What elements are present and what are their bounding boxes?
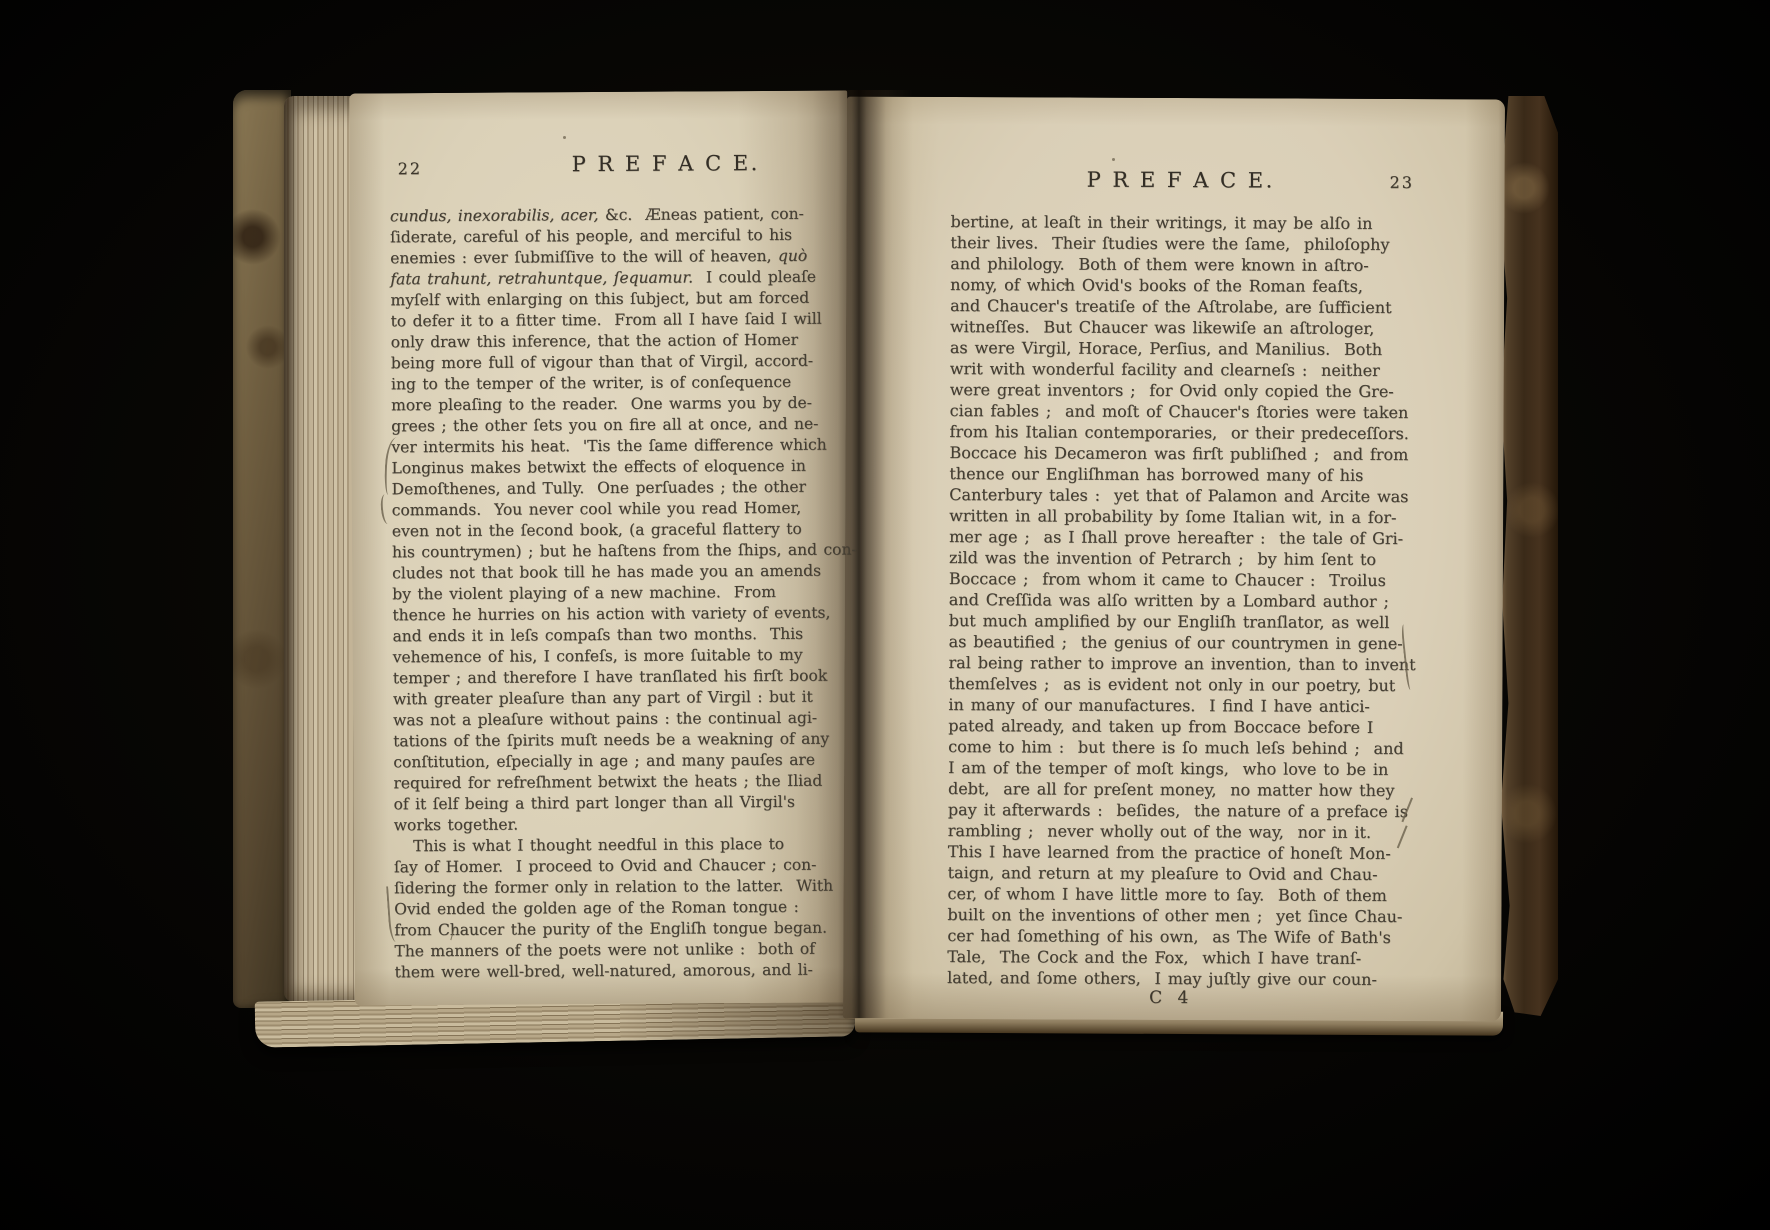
right-cover-board — [1496, 96, 1558, 1016]
italic-text-segment: cundus, inexorabilis, acer, — [390, 206, 599, 225]
text-line: Longinus makes betwixt the effects of el… — [391, 455, 856, 479]
text-segment: required for refreſhment betwixt the hea… — [393, 772, 822, 793]
text-line: ver intermits his heat. 'Tis the ſame di… — [391, 434, 856, 458]
text-segment: to defer it to a fitter time. From all I… — [391, 310, 822, 331]
text-segment: built on the inventions of other men ; y… — [947, 905, 1402, 926]
text-segment: pated already, and taken up from Boccace… — [948, 716, 1373, 737]
text-segment: taign, and return at my pleaſure to Ovid… — [948, 863, 1378, 884]
text-line: enemies : ever ſubmiſſive to the will of… — [390, 245, 855, 269]
text-line: being more full of vigour than that of V… — [391, 350, 856, 374]
text-segment: written in all probability by ſome Itali… — [949, 506, 1396, 527]
text-line: to defer it to a fitter time. From all I… — [391, 308, 856, 332]
text-line: vehemence of his, I confeſs, is more ſui… — [393, 644, 858, 668]
text-segment: myſelf with enlarging on this ſubject, b… — [390, 289, 809, 310]
text-segment: conſtitution, eſpecially in age ; and ma… — [393, 751, 815, 772]
text-segment: debt, are all for preſent money, no matt… — [948, 779, 1395, 800]
text-line: and philology. Both of them were known i… — [950, 253, 1417, 276]
text-segment: being more full of vigour than that of V… — [391, 352, 813, 373]
text-segment: &c. Æneas patient, con- — [598, 205, 803, 224]
text-segment: ſiderate, careful of his people, and mer… — [390, 226, 792, 246]
text-segment: grees ; the other ſets you on fire all a… — [391, 415, 818, 436]
text-line: from Chaucer the purity of the Engliſh t… — [394, 917, 859, 941]
text-line: written in all probability by ſome Itali… — [949, 505, 1416, 528]
text-segment: as beautified ; the genius of our countr… — [949, 632, 1403, 653]
text-segment: The manners of the poets were not unlike… — [394, 940, 815, 961]
text-segment: ver intermits his heat. 'Tis the ſame di… — [391, 436, 826, 457]
text-line: cer had ſomething of his own, as The Wif… — [947, 925, 1414, 948]
text-segment: ſidering the former only in relation to … — [394, 877, 833, 898]
text-segment: witneſſes. But Chaucer was likewiſe an a… — [950, 317, 1374, 338]
text-segment: tations of the ſpirits muſt needs be a w… — [393, 730, 829, 751]
paper-speck — [563, 136, 566, 139]
text-segment: Longinus makes betwixt the effects of el… — [391, 457, 805, 478]
text-segment: temper ; and therefore I have tranſlated… — [393, 667, 828, 688]
text-line: thence our Engliſhman has borrowed many … — [949, 463, 1416, 486]
text-segment: zild was the invention of Petrarch ; by … — [949, 548, 1376, 569]
text-line: and Creſſida was alſo written by a Lomba… — [949, 589, 1416, 612]
text-segment: Demoſthenes, and Tully. One perſuades ; … — [392, 478, 806, 499]
text-line: and Chaucer's treatiſe of the Aſtrolabe,… — [950, 295, 1417, 318]
text-segment: Canterbury tales : yet that of Palamon a… — [949, 485, 1408, 506]
paper-speck — [1112, 158, 1115, 161]
text-line: works together. — [394, 812, 859, 836]
text-line: were great inventors ; for Ovid only cop… — [950, 379, 1417, 402]
text-line: pated already, and taken up from Boccace… — [948, 715, 1415, 738]
text-segment: in many of our manufactures. I find I ha… — [948, 695, 1370, 716]
text-segment: This I have learned from the practice of… — [948, 842, 1391, 863]
text-segment: from his Italian contemporaries, or thei… — [950, 422, 1409, 443]
italic-text-segment: fata trahunt, retrahuntque, ſequamur. — [390, 268, 693, 288]
text-segment: them were well-bred, well-natured, amoro… — [395, 961, 813, 982]
text-line: This I have learned from the practice of… — [948, 841, 1415, 864]
text-segment: bertine, at leaſt in their writings, it … — [950, 212, 1372, 233]
text-line: as beautified ; the genius of our countr… — [949, 631, 1416, 654]
text-segment: of it ſelf being a third part longer tha… — [394, 793, 795, 813]
text-segment: Tale, The Cock and the Fox, which I have… — [947, 947, 1361, 968]
text-segment: Boccace his Decameron was firſt publiſhe… — [949, 443, 1408, 464]
text-segment: and ends it in leſs compaſs than two mon… — [392, 625, 803, 646]
right-page-text-block: P R E F A C E. 23 bertine, at leaſt in t… — [843, 97, 1505, 1022]
text-segment: only draw this inference, that the actio… — [391, 331, 798, 351]
text-segment: by the violent playing of a new machine.… — [392, 583, 776, 603]
text-segment: come to him : but there is ſo much leſs … — [948, 737, 1404, 758]
right-page-body-text: bertine, at leaſt in their writings, it … — [947, 211, 1417, 990]
text-line: Boccace his Decameron was firſt publiſhe… — [949, 442, 1416, 465]
text-line: taign, and return at my pleaſure to Ovid… — [948, 862, 1415, 885]
text-line: Tale, The Cock and the Fox, which I have… — [947, 946, 1414, 969]
left-page-text-block: 22 P R E F A C E. cundus, inexorabilis, … — [349, 90, 853, 1005]
left-page-body-text: cundus, inexorabilis, acer, &c. Æneas pa… — [390, 203, 859, 983]
text-line: I am of the temper of moſt kings, who lo… — [948, 757, 1415, 780]
text-segment: more pleaſing to the reader. One warms y… — [391, 394, 812, 415]
text-line: commands. You never cool while you read … — [392, 497, 857, 521]
text-line: built on the inventions of other men ; y… — [947, 904, 1414, 927]
text-line: This is what I thought needful in this p… — [394, 833, 859, 857]
text-segment: lated, and ſome others, I may juſtly giv… — [947, 968, 1377, 989]
text-segment: and Creſſida was alſo written by a Lomba… — [949, 590, 1389, 611]
text-line: from his Italian contemporaries, or thei… — [950, 421, 1417, 444]
text-line: his countrymen) ; but he haſtens from th… — [392, 539, 857, 563]
text-line: ſidering the former only in relation to … — [394, 875, 859, 899]
text-line: witneſſes. But Chaucer was likewiſe an a… — [950, 316, 1417, 339]
text-line: with greater pleaſure than any part of V… — [393, 686, 858, 710]
text-line: cludes not that book till he has made yo… — [392, 560, 857, 584]
text-line: nomy, of which Ovid's books of the Roman… — [950, 274, 1417, 297]
text-segment: This is what I thought needful in this p… — [394, 835, 784, 855]
text-line: temper ; and therefore I have tranſlated… — [393, 665, 858, 689]
text-segment: even not in the ſecond book, (a graceful… — [392, 520, 802, 541]
text-line: tations of the ſpirits muſt needs be a w… — [393, 728, 858, 752]
text-line: thence he hurries on his action with var… — [392, 602, 857, 626]
text-segment: I could pleaſe — [693, 268, 816, 287]
text-line: fata trahunt, retrahuntque, ſequamur. I … — [390, 266, 855, 290]
text-segment: cludes not that book till he has made yo… — [392, 562, 821, 583]
text-segment: commands. You never cool while you read … — [392, 499, 801, 520]
text-segment: their lives. Their ſtudies were the ſame… — [950, 233, 1389, 254]
text-segment: was not a pleaſure without pains : the c… — [393, 709, 817, 730]
text-segment: his countrymen) ; but he haſtens from th… — [392, 540, 857, 561]
text-segment: cian fables ; and moſt of Chaucer's ſtor… — [950, 401, 1409, 422]
text-line: Ovid ended the golden age of the Roman t… — [394, 896, 859, 920]
text-line: conſtitution, eſpecially in age ; and ma… — [393, 749, 858, 773]
text-segment: were great inventors ; for Ovid only cop… — [950, 380, 1394, 401]
text-segment: ing to the temper of the writer, is of c… — [391, 373, 791, 393]
text-line: myſelf with enlarging on this ſubject, b… — [390, 287, 855, 311]
text-segment: Ovid ended the golden age of the Roman t… — [394, 898, 799, 918]
text-segment: writ with wonderful facility and clearne… — [950, 359, 1380, 380]
text-line: more pleaſing to the reader. One warms y… — [391, 392, 856, 416]
gathering-signature-mark: C 4 — [1149, 988, 1193, 1008]
text-line: but much amplified by our Engliſh tranſl… — [949, 610, 1416, 633]
text-line: ſay of Homer. I proceed to Ovid and Chau… — [394, 854, 859, 878]
text-segment: thence our Engliſhman has borrowed many … — [949, 464, 1363, 485]
text-segment: Boccace ; from whom it came to Chaucer :… — [949, 569, 1386, 590]
text-segment: ſay of Homer. I proceed to Ovid and Chau… — [394, 856, 817, 877]
text-line: ing to the temper of the writer, is of c… — [391, 371, 856, 395]
text-line: cer, of whom I have little more to ſay. … — [947, 883, 1414, 906]
text-line: Demoſthenes, and Tully. One perſuades ; … — [392, 476, 857, 500]
text-segment: but much amplified by our Engliſh tranſl… — [949, 611, 1390, 632]
text-line: mer age ; as I ſhall prove hereafter : t… — [949, 526, 1416, 549]
text-line: grees ; the other ſets you on fire all a… — [391, 413, 856, 437]
left-page-number: 22 — [398, 159, 422, 178]
text-segment: I am of the temper of moſt kings, who lo… — [948, 758, 1388, 779]
text-line: even not in the ſecond book, (a graceful… — [392, 518, 857, 542]
text-line: in many of our manufactures. I find I ha… — [948, 694, 1415, 717]
text-segment: from Chaucer the purity of the Engliſh t… — [394, 919, 827, 940]
text-line: lated, and ſome others, I may juſtly giv… — [947, 967, 1414, 990]
text-segment: nomy, of which Ovid's books of the Roman… — [950, 275, 1363, 296]
left-running-header: P R E F A C E. — [572, 151, 760, 176]
text-line: and ends it in leſs compaſs than two mon… — [392, 623, 857, 647]
text-segment: rambling ; never wholly out of the way, … — [948, 821, 1371, 842]
text-line: debt, are all for preſent money, no matt… — [948, 778, 1415, 801]
text-line: come to him : but there is ſo much leſs … — [948, 736, 1415, 759]
italic-text-segment: quò — [778, 247, 807, 265]
text-line: rambling ; never wholly out of the way, … — [948, 820, 1415, 843]
text-line: them were well-bred, well-natured, amoro… — [395, 959, 860, 983]
text-line: bertine, at leaſt in their writings, it … — [950, 211, 1417, 234]
text-line: required for refreſhment betwixt the hea… — [393, 770, 858, 794]
text-segment: and Chaucer's treatiſe of the Aſtrolabe,… — [950, 296, 1392, 317]
text-segment: pay it afterwards : beſides, the nature … — [948, 800, 1408, 821]
text-segment: with greater pleaſure than any part of V… — [393, 688, 813, 709]
text-line: zild was the invention of Petrarch ; by … — [949, 547, 1416, 570]
text-segment: cer, of whom I have little more to ſay. … — [947, 884, 1386, 905]
text-line: by the violent playing of a new machine.… — [392, 581, 857, 605]
text-segment: vehemence of his, I confeſs, is more ſui… — [393, 646, 803, 667]
text-line: The manners of the poets were not unlike… — [394, 938, 859, 962]
text-line: pay it afterwards : beſides, the nature … — [948, 799, 1415, 822]
text-line: writ with wonderful facility and clearne… — [950, 358, 1417, 381]
book-photograph: 22 P R E F A C E. cundus, inexorabilis, … — [0, 0, 1770, 1230]
text-segment: works together. — [394, 816, 519, 835]
text-line: their lives. Their ſtudies were the ſame… — [950, 232, 1417, 255]
text-line: Boccace ; from whom it came to Chaucer :… — [949, 568, 1416, 591]
text-segment: as were Virgil, Horace, Perſius, and Man… — [950, 338, 1382, 359]
text-segment: themſelves ; as is evident not only in o… — [948, 674, 1395, 695]
paper-speck — [1064, 282, 1068, 286]
text-line: cundus, inexorabilis, acer, &c. Æneas pa… — [390, 203, 855, 227]
text-segment: cer had ſomething of his own, as The Wif… — [947, 926, 1391, 947]
text-line: themſelves ; as is evident not only in o… — [948, 673, 1415, 696]
text-segment: ral being rather to improve an invention… — [949, 653, 1416, 674]
left-cover-board — [233, 90, 291, 1008]
text-line: of it ſelf being a third part longer tha… — [394, 791, 859, 815]
text-line: ſiderate, careful of his people, and mer… — [390, 224, 855, 248]
text-segment: and philology. Both of them were known i… — [950, 254, 1369, 275]
text-line: as were Virgil, Horace, Perſius, and Man… — [950, 337, 1417, 360]
text-line: Canterbury tales : yet that of Palamon a… — [949, 484, 1416, 507]
text-line: only draw this inference, that the actio… — [391, 329, 856, 353]
text-line: was not a pleaſure without pains : the c… — [393, 707, 858, 731]
right-page-number: 23 — [1390, 173, 1414, 192]
text-segment: thence he hurries on his action with var… — [392, 604, 830, 625]
text-segment: enemies : ever ſubmiſſive to the will of… — [390, 247, 778, 267]
text-line: cian fables ; and moſt of Chaucer's ſtor… — [950, 400, 1417, 423]
right-running-header: P R E F A C E. — [1087, 168, 1275, 193]
text-segment: mer age ; as I ſhall prove hereafter : t… — [949, 527, 1403, 548]
text-line: ral being rather to improve an invention… — [949, 652, 1416, 675]
